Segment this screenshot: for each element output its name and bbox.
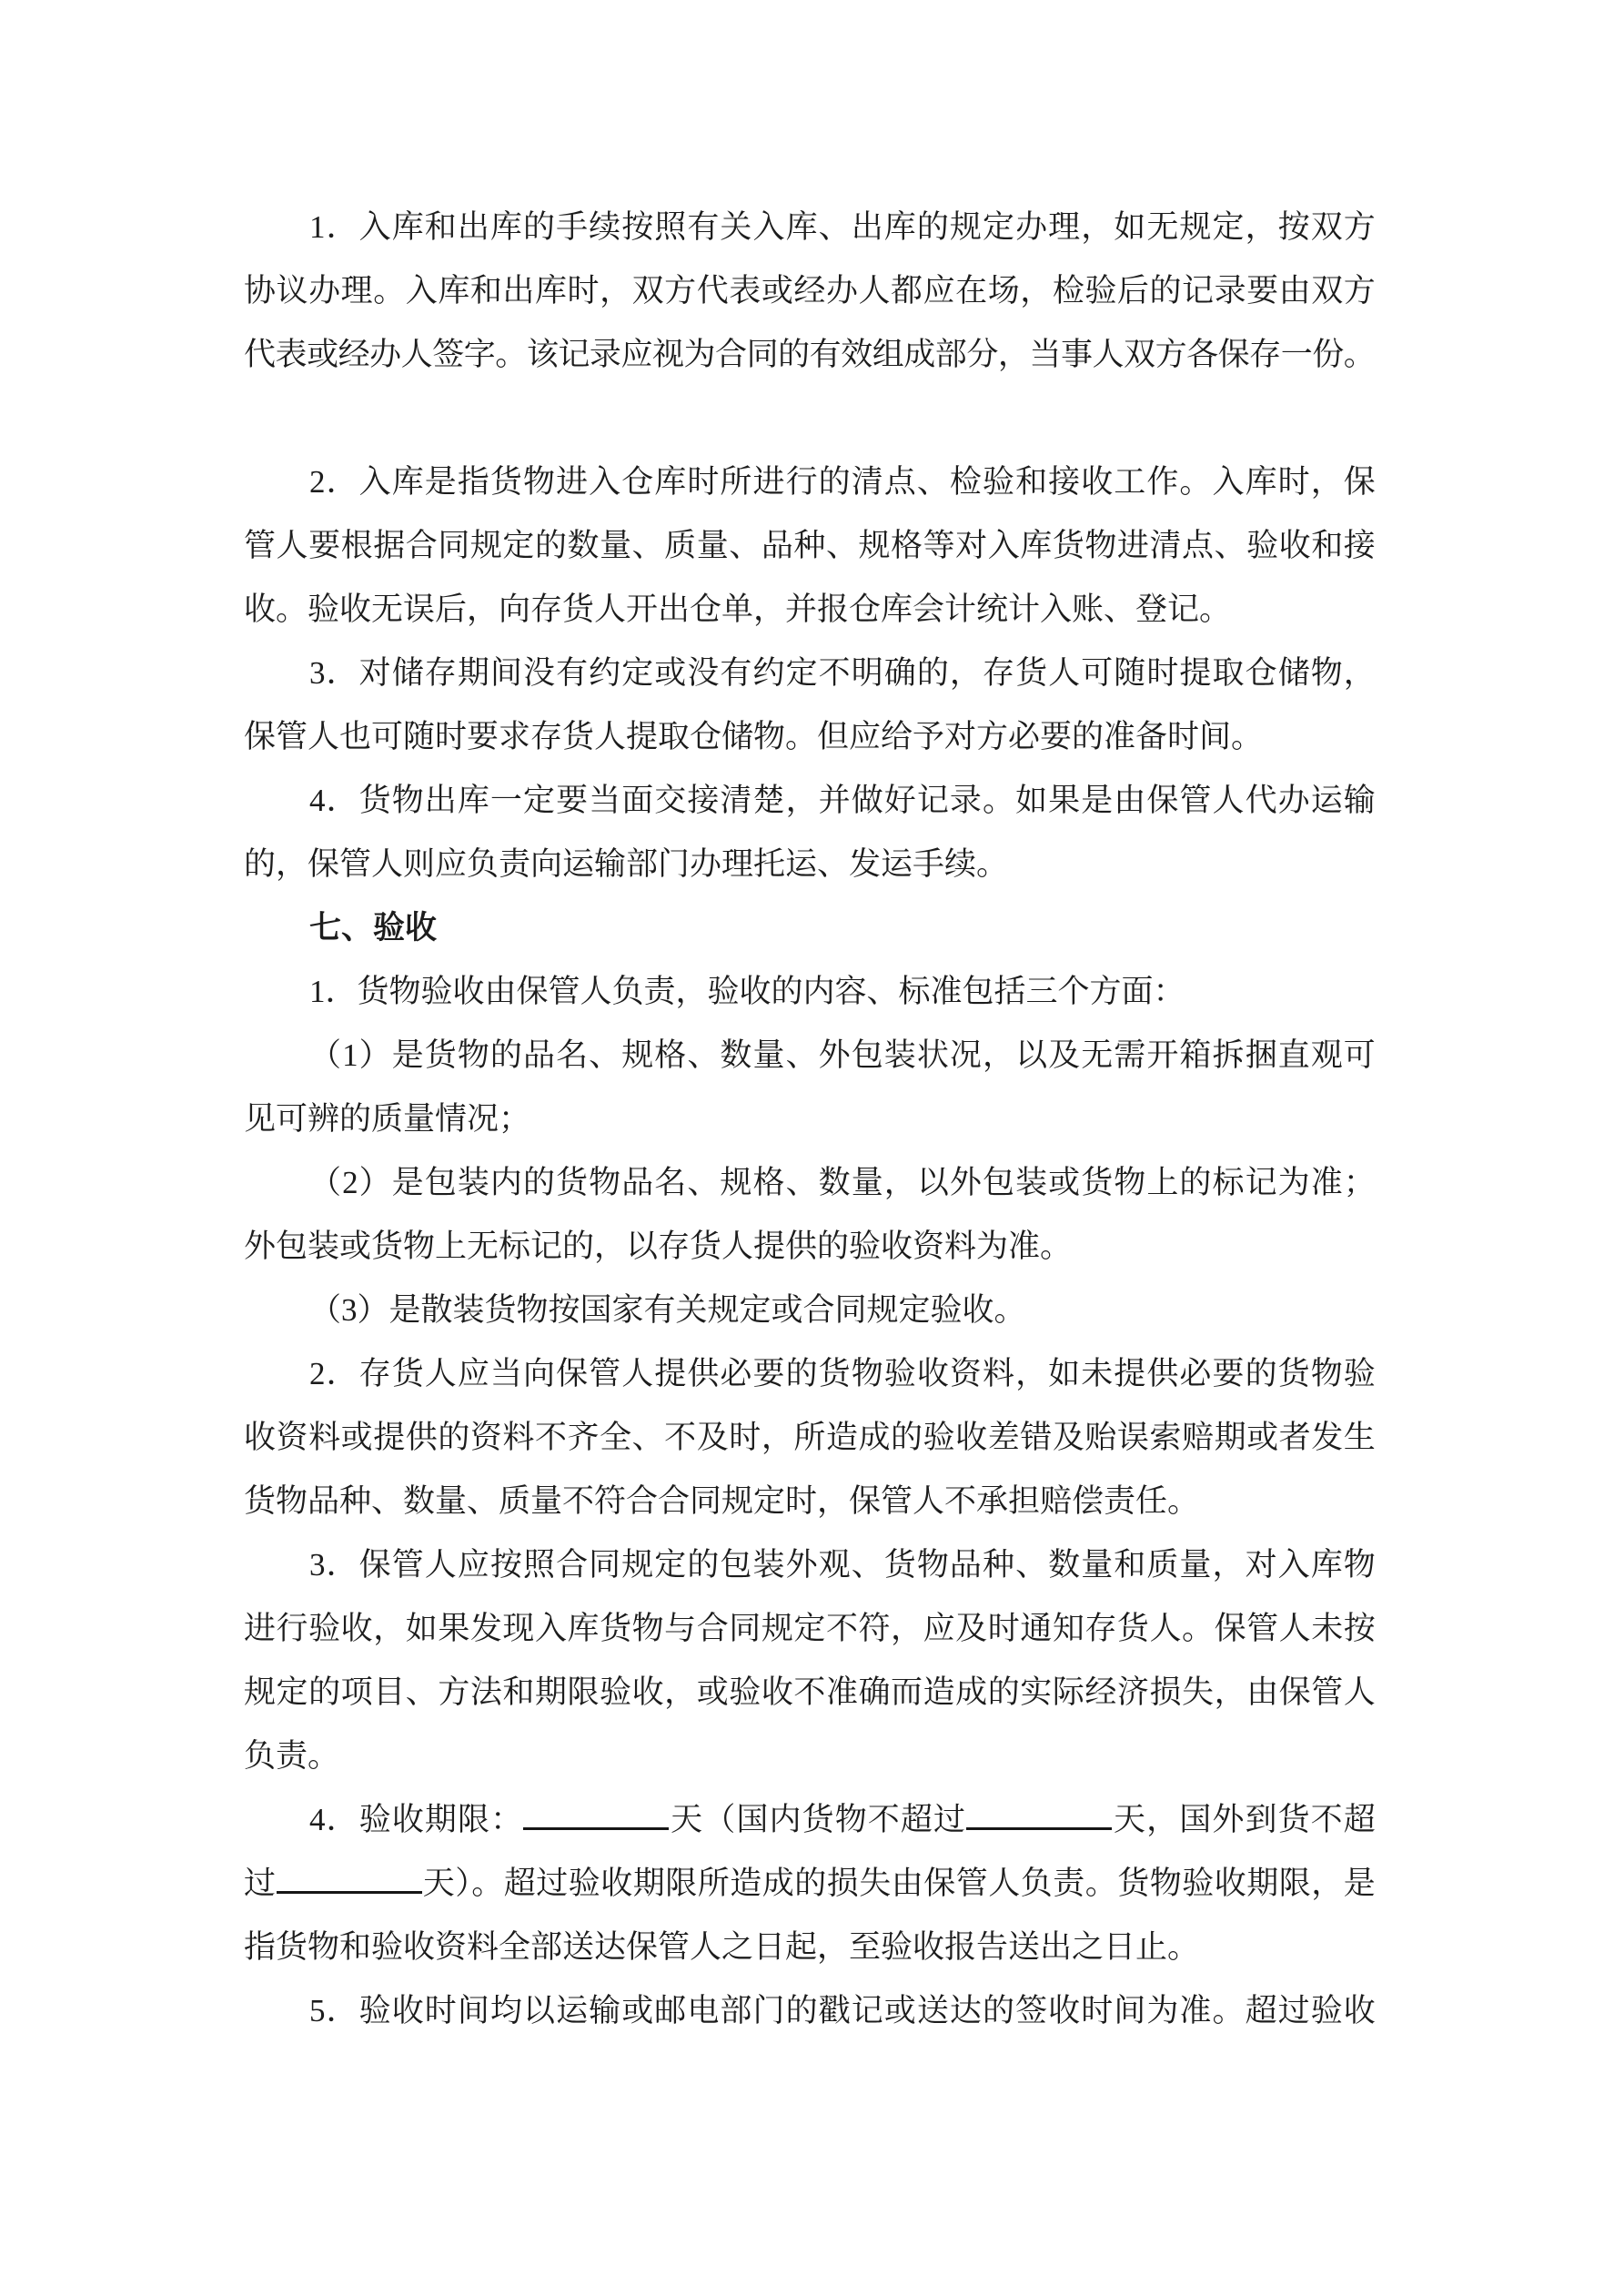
- text-line: 1．货物验收由保管人负责，验收的内容、标准包括三个方面：: [244, 960, 1375, 1024]
- text-run: （3）是散装货物按国家有关规定或合同规定验收。: [309, 1292, 1026, 1328]
- text-line: 4．货物出库一定要当面交接清楚，并做好记录。如果是由保管人代办运输: [244, 769, 1375, 833]
- text-line: 代表或经办人签字。该记录应视为合同的有效组成部分，当事人双方各保存一份。: [244, 323, 1375, 387]
- text-run: 指货物和验收资料全部送达保管人之日起，至验收报告送出之日止。: [244, 1929, 1199, 1965]
- text-line: 管人要根据合同规定的数量、质量、品种、规格等对入库货物进清点、验收和接: [244, 514, 1375, 578]
- text-line: 2．入库是指货物进入仓库时所进行的清点、检验和接收工作。入库时，保: [244, 450, 1375, 514]
- text-line: 见可辨的质量情况；: [244, 1087, 1375, 1151]
- text-run: 3．对储存期间没有约定或没有约定不明确的，存货人可随时提取仓储物，: [309, 655, 1375, 691]
- text-line: 货物品种、数量、质量不符合合同规定时，保管人不承担赔偿责任。: [244, 1470, 1375, 1533]
- text-line: 2．存货人应当向保管人提供必要的货物验收资料，如未提供必要的货物验: [244, 1342, 1375, 1406]
- text-line: （1）是货物的品名、规格、数量、外包装状况，以及无需开箱拆捆直观可: [244, 1024, 1375, 1087]
- text-run: 3．保管人应按照合同规定的包装外观、货物品种、数量和质量，对入库物: [309, 1547, 1375, 1583]
- text-line: 过天）。超过验收期限所造成的损失由保管人负责。货物验收期限，是: [244, 1852, 1375, 1916]
- text-line: 3．保管人应按照合同规定的包装外观、货物品种、数量和质量，对入库物: [244, 1533, 1375, 1597]
- text-line: 5．验收时间均以运输或邮电部门的戳记或送达的签收时间为准。超过验收: [244, 1979, 1375, 2043]
- text-line: （2）是包装内的货物品名、规格、数量，以外包装或货物上的标记为准；: [244, 1151, 1375, 1215]
- text-line: 指货物和验收资料全部送达保管人之日起，至验收报告送出之日止。: [244, 1916, 1375, 1979]
- text-run: 保管人也可随时要求存货人提取仓储物。但应给予对方必要的准备时间。: [244, 719, 1263, 754]
- text-line: 协议办理。入库和出库时，双方代表或经办人都应在场，检验后的记录要由双方: [244, 259, 1375, 323]
- text-run: 七、验收: [309, 910, 437, 946]
- text-line: 外包装或货物上无标记的，以存货人提供的验收资料为准。: [244, 1215, 1375, 1279]
- text-run: （1）是货物的品名、规格、数量、外包装状况，以及无需开箱拆捆直观可: [309, 1037, 1375, 1073]
- text-line: 1．入库和出库的手续按照有关入库、出库的规定办理，如无规定，按双方: [244, 196, 1375, 259]
- fill-in-blank-underline: [966, 1796, 1112, 1830]
- text-line: 3．对储存期间没有约定或没有约定不明确的，存货人可随时提取仓储物，: [244, 642, 1375, 705]
- text-line: 规定的项目、方法和期限验收，或验收不准确而造成的实际经济损失，由保管人: [244, 1661, 1375, 1725]
- text-run: 5．验收时间均以运输或邮电部门的戳记或送达的签收时间为准。超过验收: [309, 1993, 1375, 2028]
- section-heading: 七、验收: [244, 896, 1375, 960]
- text-run: 规定的项目、方法和期限验收，或验收不准确而造成的实际经济损失，由保管人: [244, 1674, 1375, 1710]
- text-run: 收。验收无误后，向存货人开出仓单，并报仓库会计统计入账、登记。: [244, 592, 1231, 627]
- text-run: 管人要根据合同规定的数量、质量、品种、规格等对入库货物进清点、验收和接: [244, 528, 1375, 563]
- text-line: 进行验收，如果发现入库货物与合同规定不符，应及时通知存货人。保管人未按: [244, 1597, 1375, 1661]
- text-run: 1．入库和出库的手续按照有关入库、出库的规定办理，如无规定，按双方: [309, 209, 1375, 245]
- blank-line: [244, 387, 1375, 450]
- text-run: 的，保管人则应负责向运输部门办理托运、发运手续。: [244, 846, 1008, 882]
- text-line: 收资料或提供的资料不齐全、不及时，所造成的验收差错及贻误索赔期或者发生: [244, 1406, 1375, 1470]
- text-run: 负责。: [244, 1738, 339, 1774]
- text-run: 1．货物验收由保管人负责，验收的内容、标准包括三个方面：: [309, 974, 1185, 1009]
- text-line: 收。验收无误后，向存货人开出仓单，并报仓库会计统计入账、登记。: [244, 578, 1375, 642]
- text-line: （3）是散装货物按国家有关规定或合同规定验收。: [244, 1279, 1375, 1342]
- fill-in-blank-underline: [523, 1796, 669, 1830]
- text-run: 天（国内货物不超过: [669, 1802, 966, 1837]
- text-run: （2）是包装内的货物品名、规格、数量，以外包装或货物上的标记为准；: [309, 1165, 1375, 1200]
- text-run: 过: [244, 1866, 277, 1901]
- text-line: 负责。: [244, 1725, 1375, 1788]
- text-run: 收资料或提供的资料不齐全、不及时，所造成的验收差错及贻误索赔期或者发生: [244, 1420, 1375, 1455]
- text-run: 见可辨的质量情况；: [244, 1101, 530, 1137]
- text-run: 代表或经办人签字。该记录应视为合同的有效组成部分，当事人双方各保存一份。: [244, 337, 1375, 372]
- text-run: 天，国外到货不超: [1112, 1802, 1375, 1837]
- text-run: 2．入库是指货物进入仓库时所进行的清点、检验和接收工作。入库时，保: [309, 464, 1375, 500]
- text-line: 保管人也可随时要求存货人提取仓储物。但应给予对方必要的准备时间。: [244, 705, 1375, 769]
- text-line: 4．验收期限：天（国内货物不超过天，国外到货不超: [244, 1788, 1375, 1852]
- text-line: 的，保管人则应负责向运输部门办理托运、发运手续。: [244, 833, 1375, 896]
- text-run: 天）。超过验收期限所造成的损失由保管人负责。货物验收期限，是: [422, 1866, 1376, 1901]
- text-run: 4．货物出库一定要当面交接清楚，并做好记录。如果是由保管人代办运输: [309, 783, 1375, 818]
- text-run: 协议办理。入库和出库时，双方代表或经办人都应在场，检验后的记录要由双方: [244, 273, 1375, 308]
- fill-in-blank-underline: [277, 1860, 422, 1894]
- text-run: 4．验收期限：: [309, 1802, 523, 1837]
- text-run: 2．存货人应当向保管人提供必要的货物验收资料，如未提供必要的货物验: [309, 1356, 1375, 1391]
- text-run: 外包装或货物上无标记的，以存货人提供的验收资料为准。: [244, 1229, 1072, 1264]
- document-body: 1．入库和出库的手续按照有关入库、出库的规定办理，如无规定，按双方协议办理。入库…: [244, 196, 1375, 2043]
- text-run: 进行验收，如果发现入库货物与合同规定不符，应及时通知存货人。保管人未按: [244, 1611, 1375, 1646]
- text-run: 货物品种、数量、质量不符合合同规定时，保管人不承担赔偿责任。: [244, 1483, 1199, 1519]
